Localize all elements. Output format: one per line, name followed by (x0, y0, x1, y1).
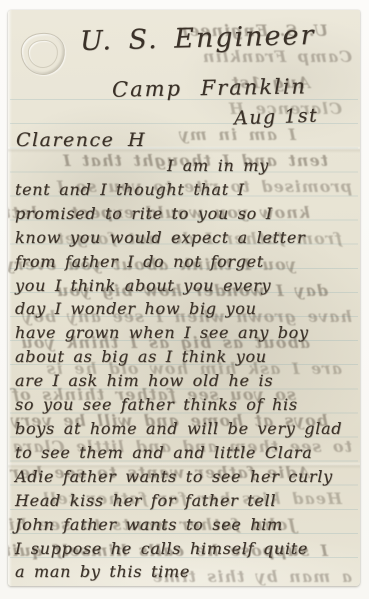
letter-line: Adie father wants to see her curly (15, 465, 355, 489)
letter-line: I am in my (15, 154, 355, 178)
letter-line: to see them and and little Clara (15, 441, 355, 465)
letter-photo: U. S. EngineerCamp FranklinAug 1stClaren… (0, 0, 369, 599)
salutation-line: Clarence H (16, 129, 146, 151)
handwriting-layer: U. S. Engineer Camp Franklin Aug 1st Cla… (8, 10, 360, 586)
letter-body: I am in my tent and I thought that I pro… (15, 154, 355, 584)
letter-line: a man by this time (15, 560, 355, 584)
letter-line: so you see father thinks of his (15, 393, 355, 417)
date-line: Aug 1st (234, 105, 319, 130)
letter-line: have grown when I see any boy (15, 321, 355, 345)
camp-line: Camp Franklin (112, 74, 307, 101)
letter-line: know you would expect a letter (15, 226, 355, 250)
letter-line: boys at home and will be very glad (15, 417, 355, 441)
letter-line: John father wants to see him (15, 513, 355, 537)
letter-line: tent and I thought that I (15, 178, 355, 202)
letter-line: day I wonder how big you (15, 297, 355, 321)
letter-paper: U. S. EngineerCamp FranklinAug 1stClaren… (8, 10, 360, 586)
letter-line: promised to rite to you so I (15, 202, 355, 226)
letter-line: are I ask him how old he is (15, 369, 355, 393)
letterhead-line: U. S. Engineer (80, 20, 316, 57)
letter-line: Head kiss her for father tell (15, 489, 355, 513)
letter-line: you I think about you every (15, 274, 355, 298)
letter-line: from father I do not forget (15, 250, 355, 274)
letter-line: about as big as I think you (15, 345, 355, 369)
letter-line: I suppose he calls himself quite (15, 537, 355, 561)
